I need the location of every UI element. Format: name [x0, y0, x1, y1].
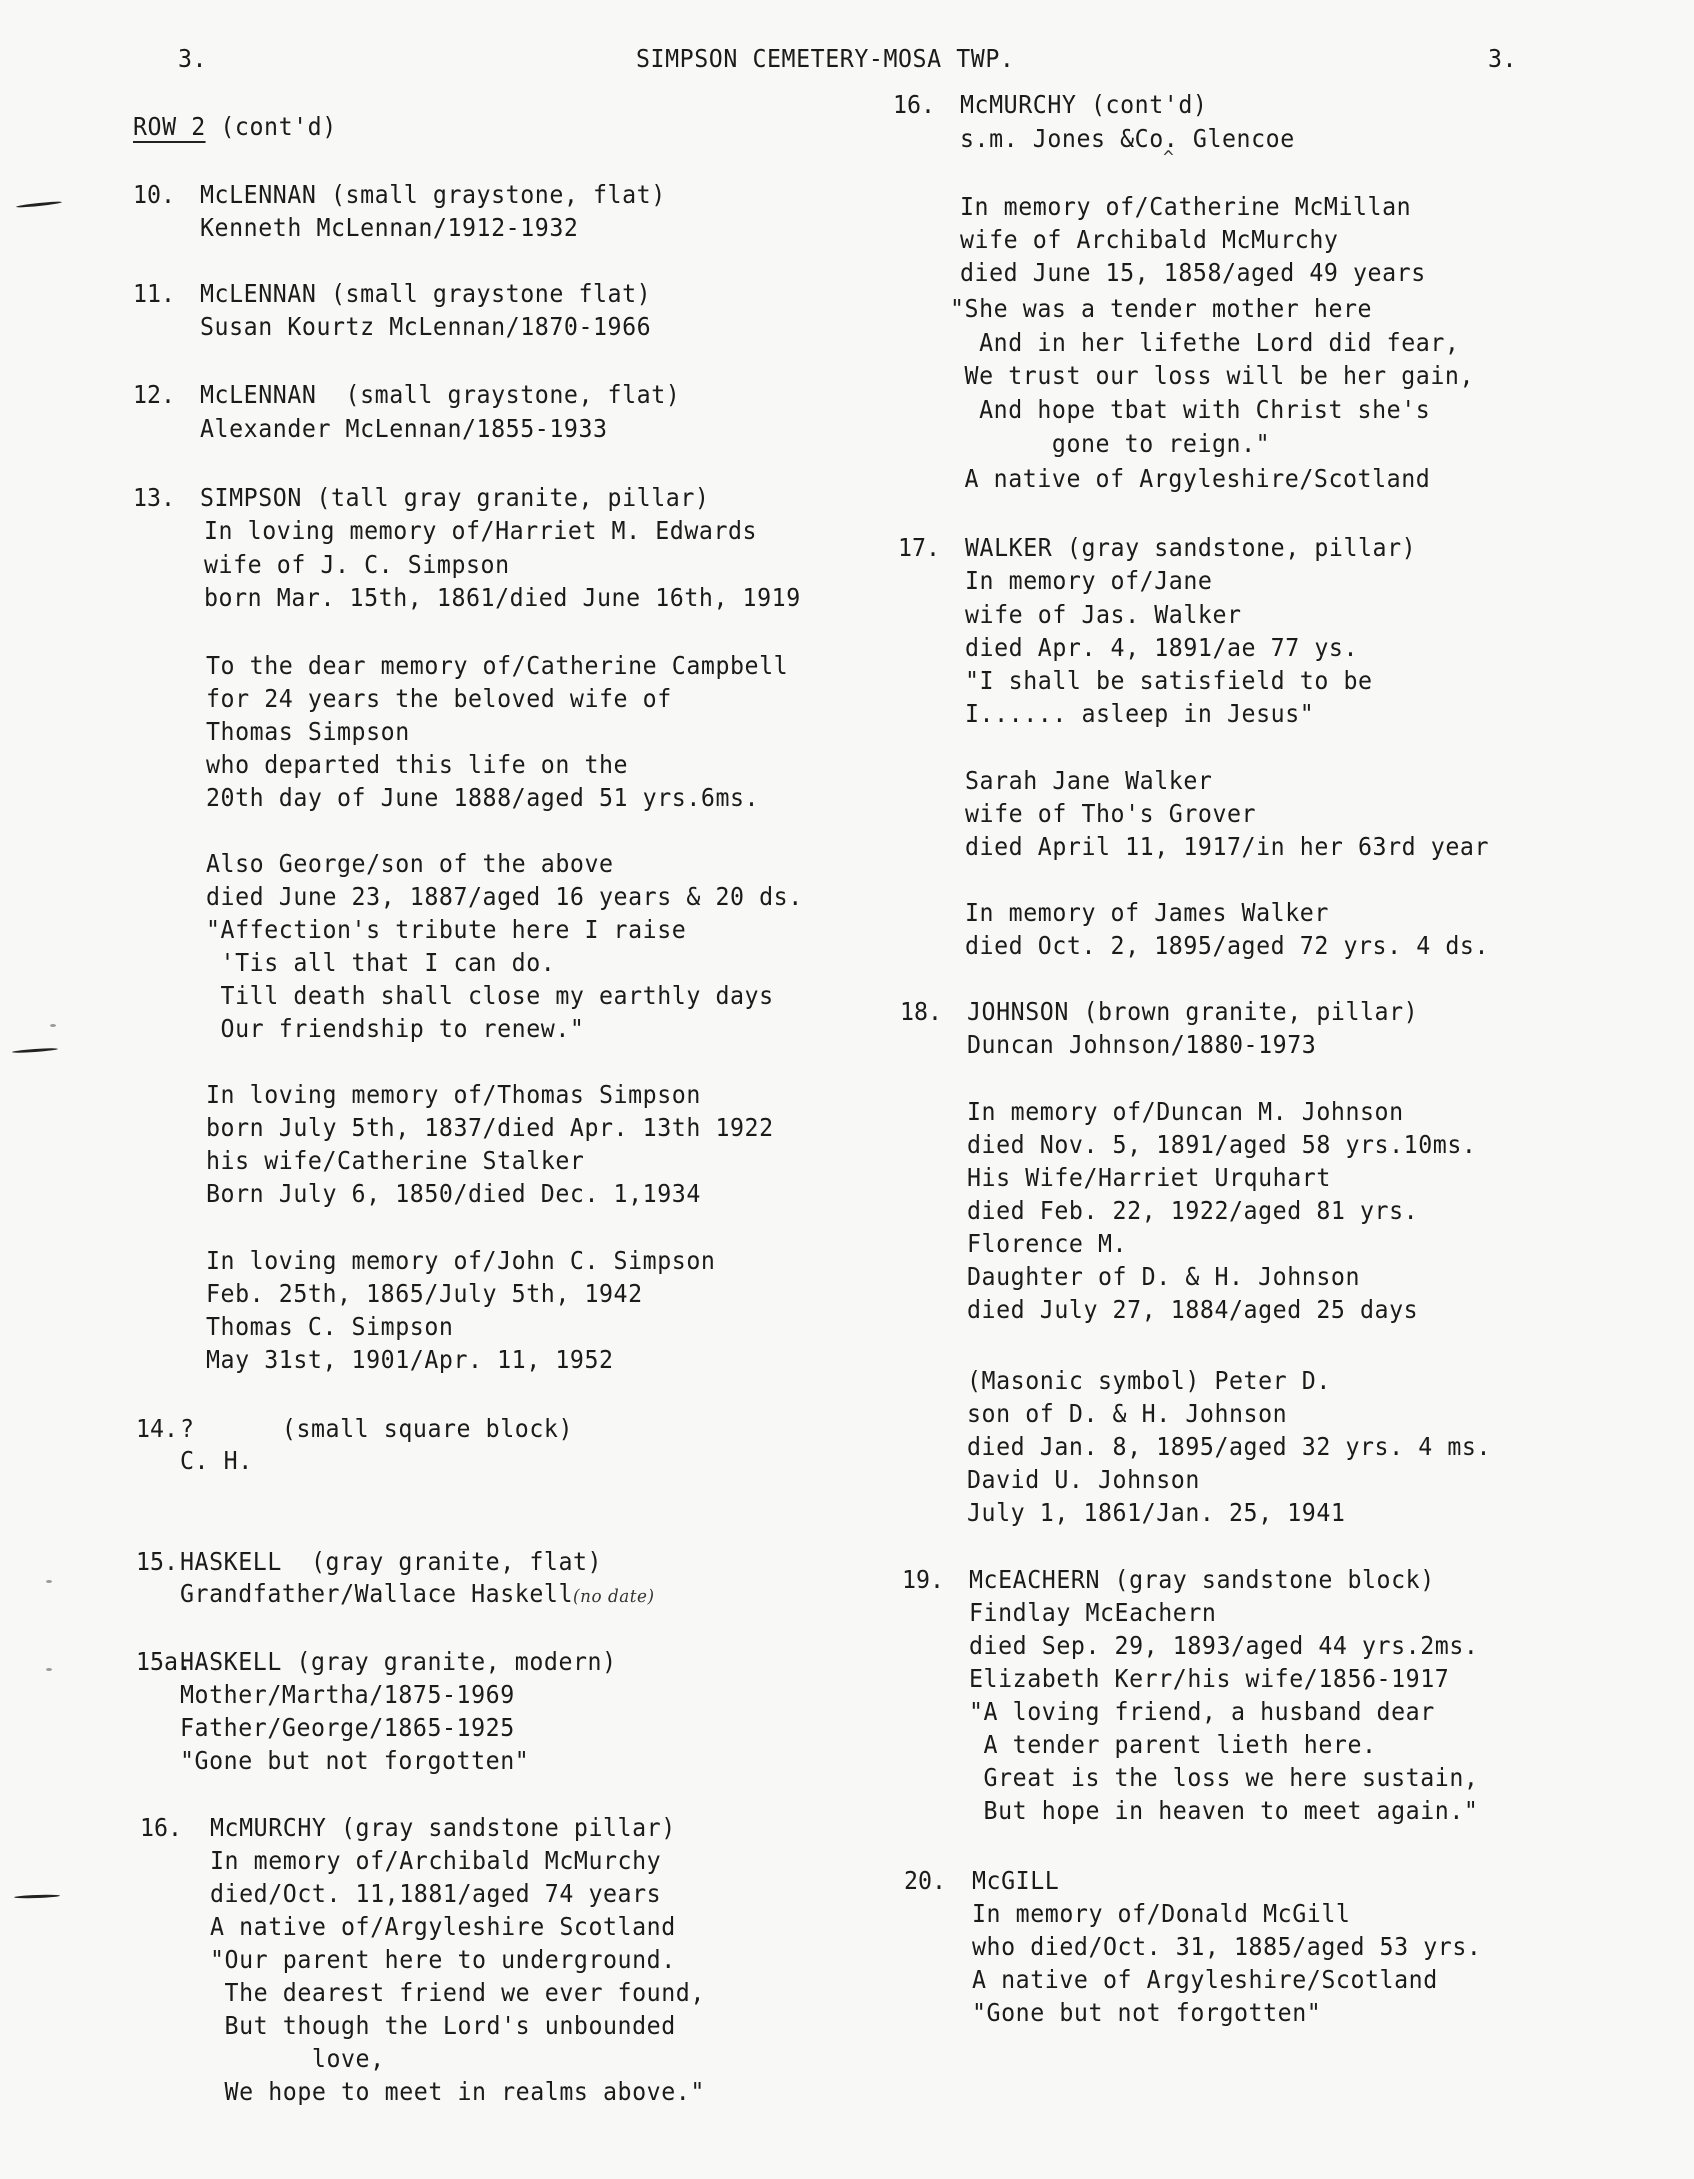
- entry-line: died Jan. 8, 1895/aged 32 yrs. 4 ms.: [967, 1432, 1491, 1462]
- entry-line: wife of Jas. Walker: [965, 600, 1242, 630]
- entry-line: wife of Archibald McMurchy: [960, 225, 1338, 255]
- entry-line: his wife/Catherine Stalker: [206, 1146, 584, 1176]
- entry-line: WALKER (gray sandstone, pillar): [965, 533, 1416, 563]
- margin-mark: [16, 201, 62, 209]
- entry-line: s.m. Jones &Co. Glencoe: [960, 124, 1295, 154]
- entry-line: But hope in heaven to meet again.": [969, 1796, 1478, 1826]
- entry-line: "Gone but not forgotten": [180, 1746, 529, 1776]
- entry-line: Thomas Simpson: [206, 717, 410, 747]
- caret-mark: ^: [1163, 147, 1174, 168]
- entry-line: wife of Tho's Grover: [965, 799, 1256, 829]
- entry-line: McLENNAN (small graystone, flat): [200, 380, 680, 410]
- entry-line: Kenneth McLennan/1912-1932: [200, 213, 578, 243]
- entry-line: (Masonic symbol) Peter D.: [967, 1366, 1331, 1396]
- entry-line: Findlay McEachern: [969, 1598, 1216, 1628]
- entry-line: for 24 years the beloved wife of: [206, 684, 672, 714]
- entry-line: In memory of/Catherine McMillan: [960, 192, 1411, 222]
- entry-line: died/Oct. 11,1881/aged 74 years: [210, 1879, 661, 1909]
- binder-hole-mark: [46, 1668, 52, 1671]
- entry-line: McMURCHY (gray sandstone pillar): [210, 1813, 676, 1843]
- handwritten-note: (no date): [573, 1586, 655, 1607]
- entry-line: But though the Lord's unbounded: [210, 2011, 676, 2041]
- entry-line: Daughter of D. & H. Johnson: [967, 1262, 1360, 1292]
- entry-line: In memory of/Archibald McMurchy: [210, 1846, 661, 1876]
- entry-line: In memory of/Jane: [965, 566, 1212, 596]
- entry-line: In memory of James Walker: [965, 898, 1329, 928]
- entry-line: Till death shall close my earthly days: [206, 981, 774, 1011]
- entry-line: wife of J. C. Simpson: [204, 550, 510, 580]
- entry-line: In memory of/Duncan M. Johnson: [967, 1097, 1404, 1127]
- entry-line: Sarah Jane Walker: [965, 766, 1212, 796]
- entry-line: A native of Argyleshire/Scotland: [972, 1965, 1438, 1995]
- entry-number: 11.: [133, 279, 175, 309]
- entry-line: died Apr. 4, 1891/ae 77 ys.: [965, 633, 1358, 663]
- entry-line: "Our parent here to underground.: [210, 1945, 676, 1975]
- entry-line: And in her lifethe Lord did fear,: [950, 328, 1459, 358]
- entry-line: Our friendship to renew.": [206, 1014, 584, 1044]
- entry-line: Great is the loss we here sustain,: [969, 1763, 1478, 1793]
- entry-line: love,: [210, 2044, 385, 2074]
- entry-line: Grandfather/Wallace Haskell(no date): [180, 1579, 655, 1612]
- binder-hole-mark: [50, 1024, 56, 1027]
- entry-line: C. H.: [180, 1446, 253, 1476]
- entry-line: 20th day of June 1888/aged 51 yrs.6ms.: [206, 783, 759, 813]
- entry-line: Feb. 25th, 1865/July 5th, 1942: [206, 1279, 643, 1309]
- entry-line: Susan Kourtz McLennan/1870-1966: [200, 312, 651, 342]
- entry-line: A native of Argyleshire/Scotland: [950, 464, 1430, 494]
- entry-line: died July 27, 1884/aged 25 days: [967, 1295, 1418, 1325]
- entry-line: gone to reign.": [950, 429, 1270, 459]
- entry-number: 10.: [133, 180, 175, 210]
- entry-line: 'Tis all that I can do.: [206, 948, 555, 978]
- entry-line: born July 5th, 1837/died Apr. 13th 1922: [206, 1113, 774, 1143]
- entry-line: ? (small square block): [180, 1414, 573, 1444]
- entry-line: Elizabeth Kerr/his wife/1856-1917: [969, 1664, 1449, 1694]
- entry-line: died June 15, 1858/aged 49 years: [960, 258, 1426, 288]
- page-number-left: 3.: [178, 44, 207, 74]
- page-number-right: 3.: [1488, 44, 1517, 74]
- entry-number: 13.: [133, 483, 175, 513]
- entry-line: McLENNAN (small graystone flat): [200, 279, 651, 309]
- entry-line: "A loving friend, a husband dear: [969, 1697, 1435, 1727]
- entry-line: died April 11, 1917/in her 63rd year: [965, 832, 1489, 862]
- entry-line: A tender parent lieth here.: [969, 1730, 1377, 1760]
- entry-line: May 31st, 1901/Apr. 11, 1952: [206, 1345, 614, 1375]
- entry-number: 16.: [140, 1813, 182, 1843]
- row-label-underlined: ROW 2: [133, 112, 206, 143]
- entry-number: 19.: [902, 1565, 944, 1595]
- entry-line: I...... asleep in Jesus": [965, 699, 1314, 729]
- document-page: 3. SIMPSON CEMETERY-MOSA TWP. 3. ROW 2 (…: [0, 0, 1694, 2179]
- margin-mark: [14, 1894, 60, 1899]
- entry-line: son of D. & H. Johnson: [967, 1399, 1287, 1429]
- entry-line: died June 23, 1887/aged 16 years & 20 ds…: [206, 882, 803, 912]
- entry-number: 14.: [136, 1414, 178, 1444]
- entry-line: David U. Johnson: [967, 1465, 1200, 1495]
- entry-line: JOHNSON (brown granite, pillar): [967, 997, 1418, 1027]
- entry-line: HASKELL (gray granite, flat): [180, 1547, 602, 1577]
- entry-line: In loving memory of/Harriet M. Edwards: [204, 516, 757, 546]
- entry-line: who died/Oct. 31, 1885/aged 53 yrs.: [972, 1932, 1481, 1962]
- entry-number: 17.: [898, 533, 940, 563]
- entry-line-text: Grandfather/Wallace Haskell: [180, 1579, 573, 1608]
- entry-line: Thomas C. Simpson: [206, 1312, 453, 1342]
- entry-line: "I shall be satisfield to be: [965, 666, 1373, 696]
- entry-number: 16.: [893, 90, 935, 120]
- entry-line: And hope tbat with Christ she's: [950, 395, 1430, 425]
- entry-line: McMURCHY (cont'd): [960, 90, 1207, 120]
- entry-line: In memory of/Donald McGill: [972, 1899, 1350, 1929]
- margin-mark: [12, 1047, 58, 1053]
- entry-line: In loving memory of/John C. Simpson: [206, 1246, 715, 1276]
- entry-line: July 1, 1861/Jan. 25, 1941: [967, 1498, 1345, 1528]
- entry-line: In loving memory of/Thomas Simpson: [206, 1080, 701, 1110]
- entry-line: "Gone but not forgotten": [972, 1998, 1321, 2028]
- entry-number: 15.: [136, 1547, 178, 1577]
- entry-line: Also George/son of the above: [206, 849, 614, 879]
- entry-line: Florence M.: [967, 1229, 1127, 1259]
- entry-line: "Affection's tribute here I raise: [206, 915, 686, 945]
- entry-line: McLENNAN (small graystone, flat): [200, 180, 666, 210]
- entry-line: McEACHERN (gray sandstone block): [969, 1565, 1435, 1595]
- entry-line: died Feb. 22, 1922/aged 81 yrs.: [967, 1196, 1418, 1226]
- entry-line: who departed this life on the: [206, 750, 628, 780]
- entry-line: died Sep. 29, 1893/aged 44 yrs.2ms.: [969, 1631, 1478, 1661]
- entry-line: The dearest friend we ever found,: [210, 1978, 705, 2008]
- entry-line: HASKELL (gray granite, modern): [180, 1647, 617, 1677]
- entry-line: A native of/Argyleshire Scotland: [210, 1912, 676, 1942]
- entry-number: 20.: [904, 1866, 946, 1896]
- entry-number: 12.: [133, 380, 175, 410]
- page-title: SIMPSON CEMETERY-MOSA TWP.: [636, 44, 1014, 74]
- entry-number: 18.: [900, 997, 942, 1027]
- row-label: ROW 2 (cont'd): [133, 112, 337, 142]
- binder-hole-mark: [46, 1580, 52, 1583]
- entry-line: born Mar. 15th, 1861/died June 16th, 191…: [204, 583, 801, 613]
- row-label-suffix: (cont'd): [206, 112, 337, 141]
- entry-line: Mother/Martha/1875-1969: [180, 1680, 515, 1710]
- entry-line: We hope to meet in realms above.": [210, 2077, 705, 2107]
- entry-line: Duncan Johnson/1880-1973: [967, 1030, 1316, 1060]
- entry-line: died Nov. 5, 1891/aged 58 yrs.10ms.: [967, 1130, 1476, 1160]
- entry-line: Born July 6, 1850/died Dec. 1,1934: [206, 1179, 701, 1209]
- entry-line: SIMPSON (tall gray granite, pillar): [200, 483, 709, 513]
- entry-line: His Wife/Harriet Urquhart: [967, 1163, 1331, 1193]
- entry-line: Father/George/1865-1925: [180, 1713, 515, 1743]
- entry-line: died Oct. 2, 1895/aged 72 yrs. 4 ds.: [965, 931, 1489, 961]
- entry-line: Alexander McLennan/1855-1933: [200, 414, 608, 444]
- entry-line: We trust our loss will be her gain,: [950, 361, 1474, 391]
- entry-line: "She was a tender mother here: [950, 294, 1372, 324]
- entry-line: McGILL: [972, 1866, 1059, 1896]
- entry-line: To the dear memory of/Catherine Campbell: [206, 651, 788, 681]
